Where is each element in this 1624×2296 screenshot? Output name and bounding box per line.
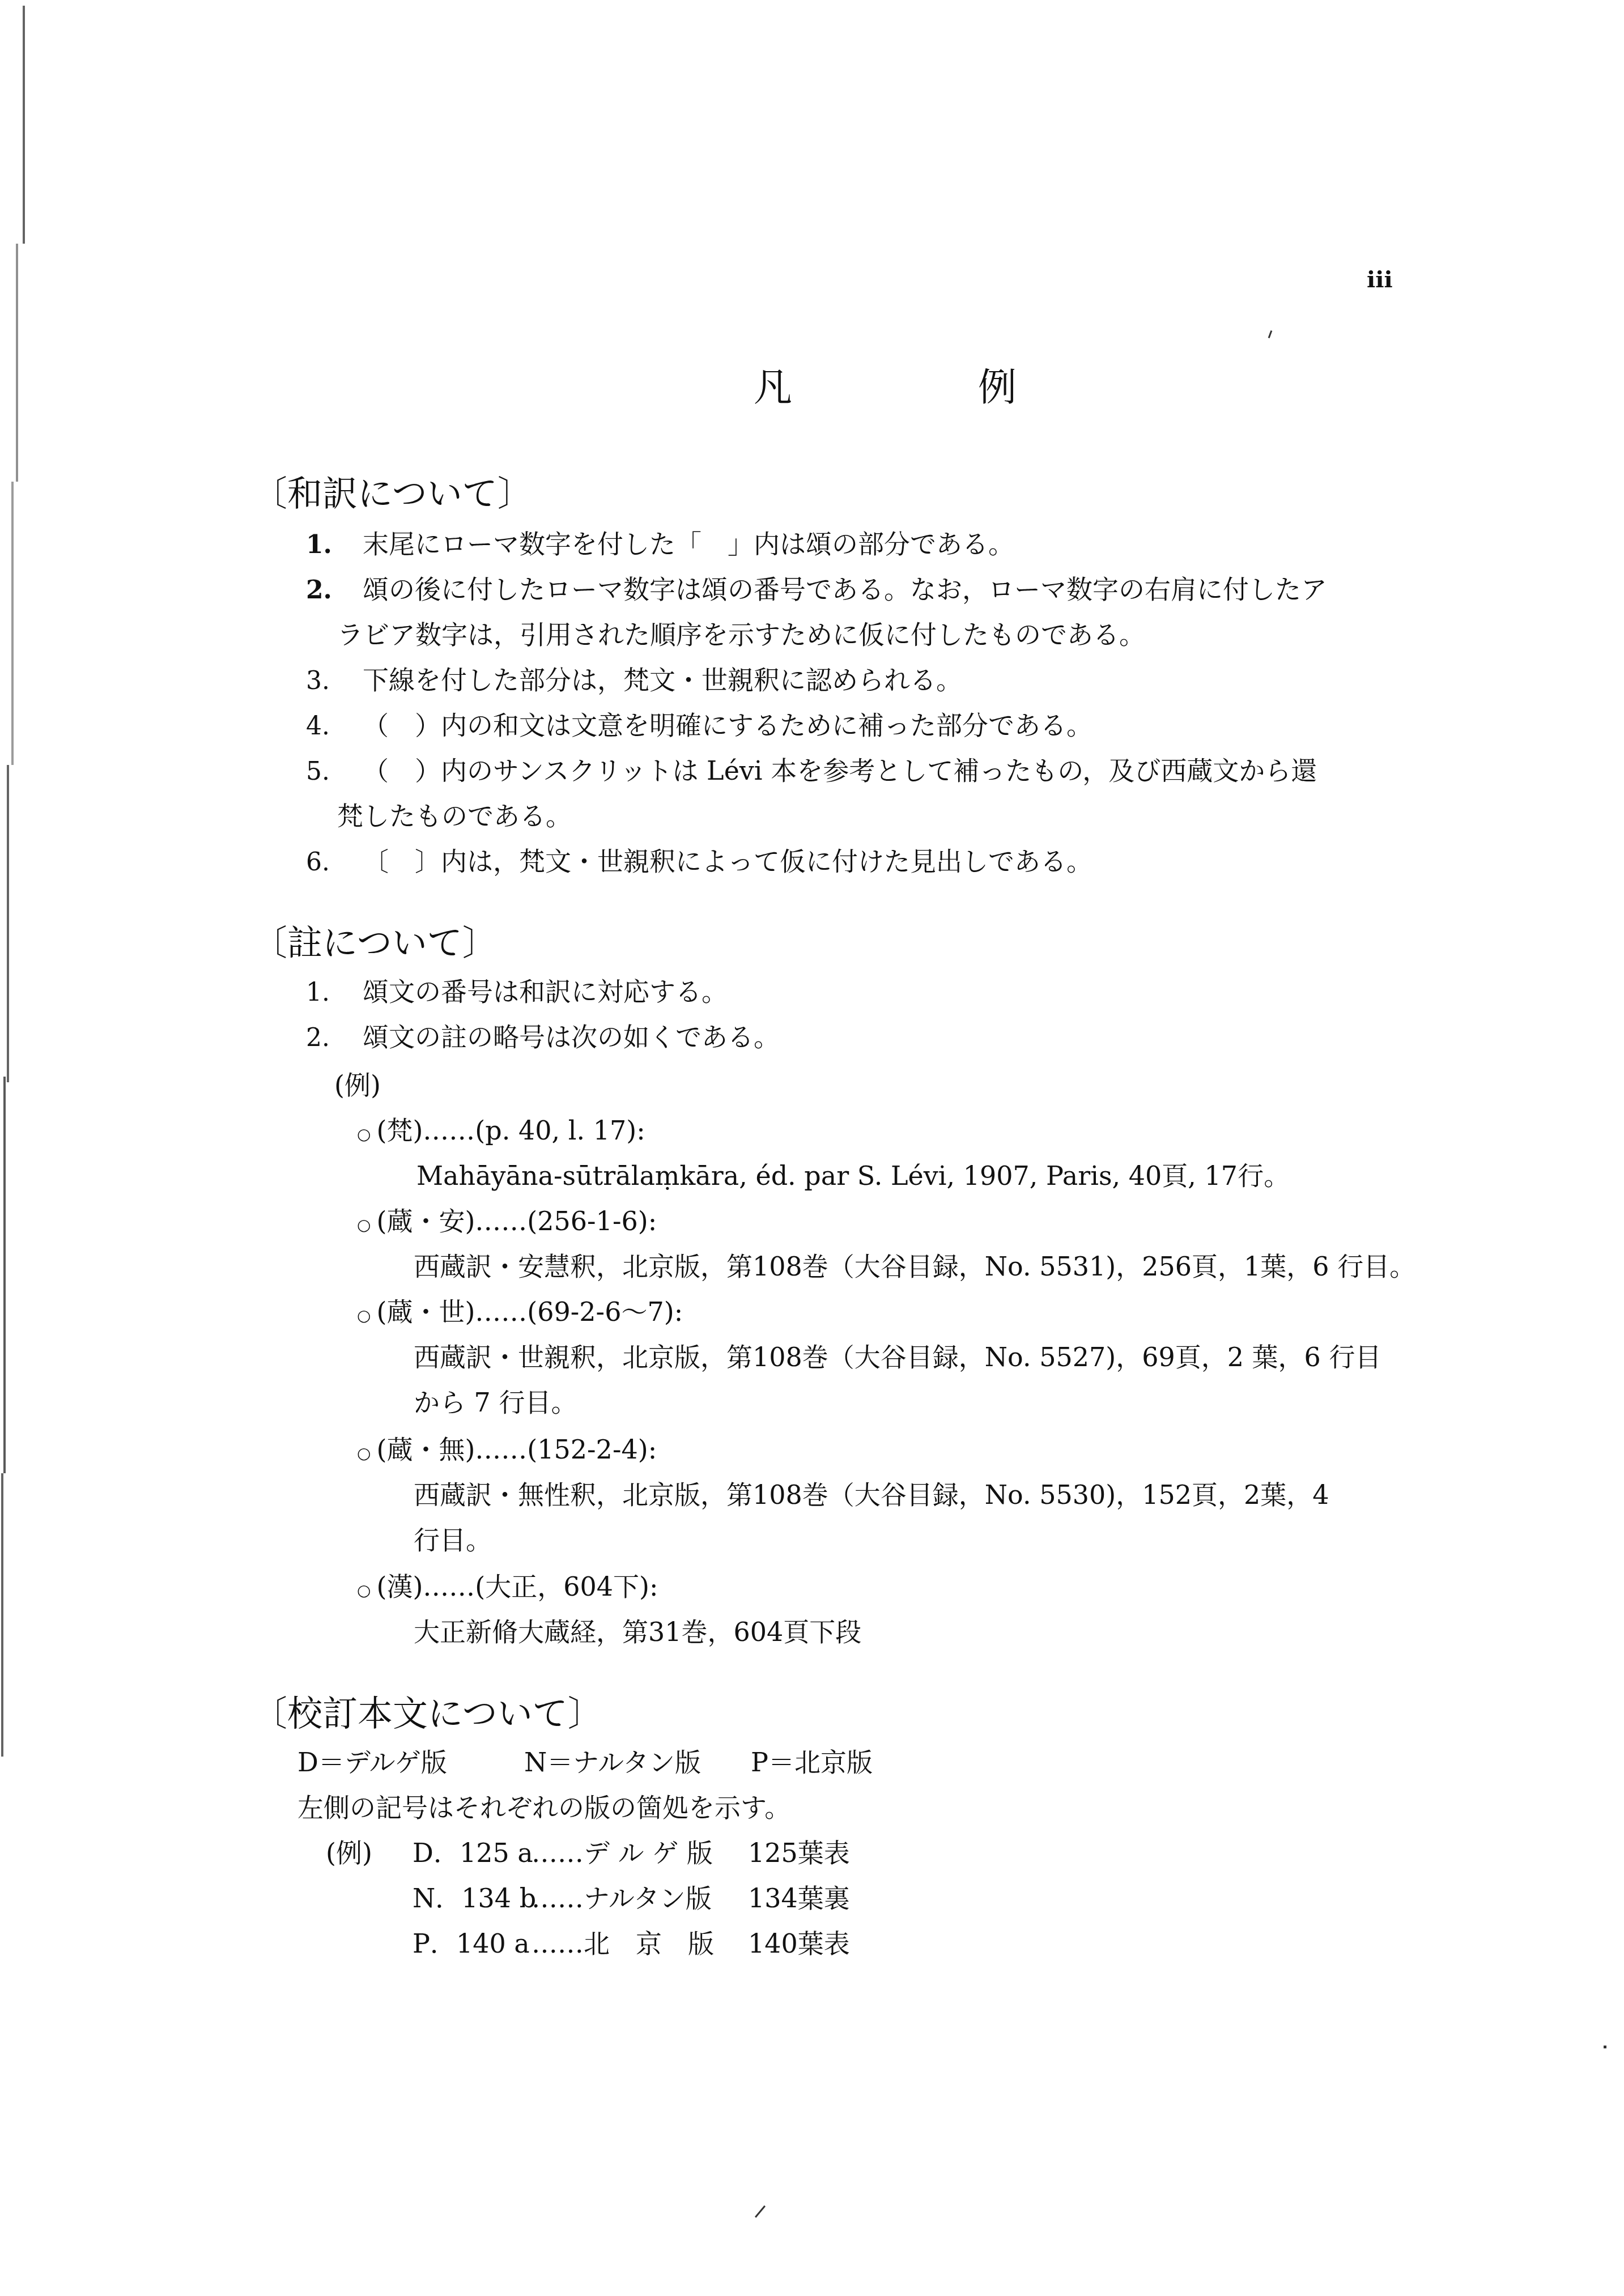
item-number: 2.: [306, 573, 363, 607]
scan-margin-shadow: [16, 244, 18, 482]
page-title: 凡 例: [754, 357, 1090, 412]
bullet-circle-icon: ○: [357, 1444, 371, 1462]
abbreviation-desc: 大正新脩大蔵経，第31巻，604頁下段: [414, 1615, 861, 1649]
bullet-circle-icon: ○: [357, 1306, 371, 1325]
bullet-circle-icon: ○: [357, 1215, 371, 1234]
bullet-circle-icon: ○: [357, 1581, 371, 1600]
item-number: 3.: [306, 664, 363, 698]
item-continuation: ラビア数字は，引用された順序を示すために仮に付したものである。: [337, 618, 1145, 652]
separator: ……: [532, 1928, 584, 1959]
scan-margin-shadow: [23, 6, 25, 244]
example-label: (例): [326, 1836, 372, 1870]
list-item: 4.（ ）内の和文は文意を明確にするために補った部分である。: [306, 708, 1092, 743]
list-item: 6.〔 〕内は，梵文・世親釈によって仮に付けた見出しである。: [306, 844, 1092, 879]
item-number: 1.: [306, 528, 363, 562]
folio-ref: N．134 b: [413, 1881, 532, 1915]
abbreviation-desc-continuation: 行目。: [414, 1523, 492, 1557]
separator: ……: [532, 1838, 584, 1868]
folio-ref: P．140 a: [413, 1927, 532, 1961]
edition-name: 北 京 版: [584, 1927, 748, 1961]
item-text: 末尾にローマ数字を付した「 」内は頌の部分である。: [363, 529, 1014, 559]
edition-code-peking: P＝北京版: [751, 1747, 873, 1778]
list-item: 1.末尾にローマ数字を付した「 」内は頌の部分である。: [306, 527, 1014, 562]
item-number: 1.: [306, 976, 363, 1010]
section-heading-critical-text: 〔校訂本文について〕: [252, 1686, 603, 1736]
abbreviation-desc: Mahāyāna-sūtrālaṃkāra, éd. par S. Lévi, …: [416, 1159, 1290, 1193]
abbreviation-entry: ○(梵)……(p. 40, l. 17):: [357, 1113, 645, 1151]
bullet-circle-icon: ○: [357, 1125, 371, 1143]
item-text: 頌の後に付したローマ数字は頌の番号である。なお，ローマ数字の右肩に付したア: [363, 574, 1327, 605]
item-number: 6.: [306, 845, 363, 879]
edition-code-narthang: N＝ナルタン版: [524, 1745, 751, 1779]
scan-margin-shadow: [3, 1077, 6, 1473]
edition-example-row: N．134 b……ナルタン版134葉裏: [413, 1881, 850, 1915]
list-item: 2.頌文の註の略号は次の如くである。: [306, 1020, 780, 1055]
scan-speck: [755, 2205, 766, 2218]
edition-note: 左側の記号はそれぞれの版の箇処を示す。: [297, 1791, 790, 1825]
folio-ref: D．125 a: [413, 1836, 532, 1870]
scan-margin-shadow: [1, 1473, 3, 1757]
abbreviation-entry: ○(蔵・世)……(69-2-6〜7):: [357, 1295, 683, 1333]
item-text: 頌文の番号は和訳に対応する。: [363, 976, 728, 1007]
abbreviation-key: (梵)……(p. 40, l. 17):: [376, 1115, 645, 1146]
edition-name: デ ル ゲ 版: [584, 1836, 748, 1870]
folio-meaning: 125葉表: [748, 1838, 850, 1868]
item-text: 〔 〕内は，梵文・世親釈によって仮に付けた見出しである。: [363, 846, 1092, 877]
item-text: （ ）内のサンスクリットは Lévi 本を参考として補ったもの，及び西蔵文から還: [363, 755, 1317, 786]
separator: ……: [532, 1883, 584, 1914]
edition-name: ナルタン版: [584, 1881, 748, 1915]
edition-legend: D＝デルゲ版N＝ナルタン版P＝北京版: [297, 1745, 873, 1779]
abbreviation-desc: 西蔵訳・無性釈，北京版，第108巻（大谷目録，No. 5530)，152頁，2葉…: [414, 1478, 1329, 1512]
page-number: iii: [1367, 266, 1393, 293]
section-heading-translation: 〔和訳について〕: [252, 466, 533, 516]
abbreviation-key: (蔵・世)……(69-2-6〜7):: [376, 1296, 683, 1327]
item-continuation: 梵したものである。: [337, 799, 572, 833]
list-item: 1.頌文の番号は和訳に対応する。: [306, 975, 728, 1010]
abbreviation-entry: ○(漢)……(大正，604下):: [357, 1570, 658, 1608]
list-item: 2.頌の後に付したローマ数字は頌の番号である。なお，ローマ数字の右肩に付したア: [306, 572, 1327, 607]
item-text: 下線を付した部分は，梵文・世親釈に認められる。: [363, 665, 962, 695]
edition-code-derge: D＝デルゲ版: [297, 1745, 524, 1779]
abbreviation-desc: 西蔵訳・安慧釈，北京版，第108巻（大谷目録，No. 5531)，256頁，1葉…: [414, 1249, 1415, 1283]
abbreviation-entry: ○(蔵・無)……(152-2-4):: [357, 1432, 657, 1470]
abbreviation-desc-continuation: から 7 行目。: [414, 1385, 577, 1419]
abbreviation-desc: 西蔵訳・世親釈，北京版，第108巻（大谷目録，No. 5527)，69頁，2 葉…: [414, 1340, 1381, 1374]
list-item: 3.下線を付した部分は，梵文・世親釈に認められる。: [306, 663, 962, 698]
abbreviation-key: (蔵・安)……(256-1-6):: [376, 1206, 657, 1236]
edition-example-row: D．125 a……デ ル ゲ 版125葉表: [413, 1836, 850, 1870]
folio-meaning: 140葉表: [748, 1928, 850, 1959]
section-heading-notes: 〔註について〕: [252, 915, 498, 966]
scan-speck: [1604, 2046, 1606, 2048]
item-number: 4.: [306, 709, 363, 743]
item-text: 頌文の註の略号は次の如くである。: [363, 1022, 780, 1052]
item-text: （ ）内の和文は文意を明確にするために補った部分である。: [363, 710, 1092, 741]
abbreviation-entry: ○(蔵・安)……(256-1-6):: [357, 1204, 657, 1242]
item-number: 2.: [306, 1021, 363, 1055]
item-number: 5.: [306, 755, 363, 789]
scan-margin-shadow: [7, 765, 9, 1082]
scan-margin-shadow: [11, 482, 14, 765]
abbreviation-key: (漢)……(大正，604下):: [376, 1571, 658, 1602]
example-label: (例): [334, 1068, 381, 1102]
abbreviation-key: (蔵・無)……(152-2-4):: [376, 1434, 657, 1465]
edition-example-row: P．140 a……北 京 版140葉表: [413, 1927, 850, 1961]
scan-speck: [1268, 330, 1273, 338]
folio-meaning: 134葉裏: [748, 1883, 850, 1914]
list-item: 5.（ ）内のサンスクリットは Lévi 本を参考として補ったもの，及び西蔵文か…: [306, 754, 1317, 789]
